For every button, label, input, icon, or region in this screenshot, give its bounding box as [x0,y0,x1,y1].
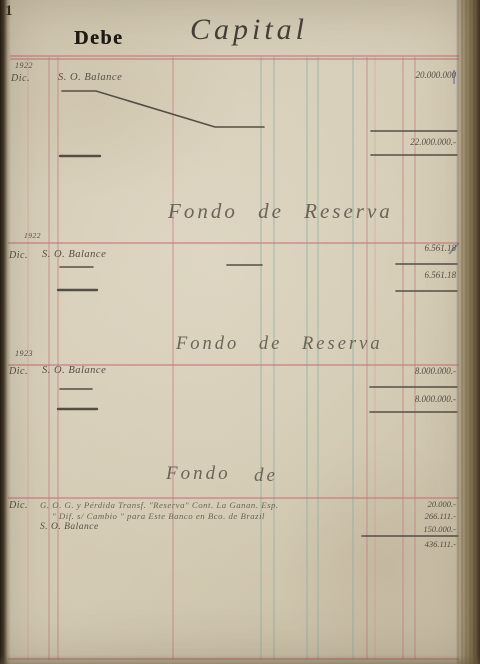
debe-header: Debe [74,27,123,50]
capital-entry: S. O. Balance [58,72,122,83]
reserva1-year: 1922 [24,231,41,240]
reserva1-heading: Fondo de Reserva [168,199,393,224]
vertical-teal-rules [261,57,353,660]
ruled-lines-layer [0,0,480,664]
fondo-amount-3: 150.000.- [402,524,456,534]
ink-strokes-reserva1 [58,264,457,291]
capital-month: Dic. [11,73,30,84]
ledger-page: 1 Debe Capital 1922 Dic. S. O. Balance 2… [0,0,480,664]
fondo-heading-word2: de [254,465,278,487]
reserva2-amount-1: 8.000.000.- [402,366,456,376]
fondo-month: Dic. [9,500,28,511]
vertical-red-rules [28,57,415,660]
reserva2-month: Dic. [9,366,28,377]
fondo-amount-2: 266.111.- [402,511,456,521]
fondo-line-3: S. O. Balance [40,522,99,532]
reserva1-amount-2: 6.561.18 [402,270,456,280]
capital-amount-2: 22.000.000.- [402,137,456,147]
reserva1-entry: S. O. Balance [42,249,106,260]
reserva2-year: 1923 [15,349,33,358]
reserva2-amount-2: 8.000.000.- [402,394,456,404]
book-binding-edge [0,0,11,664]
reserva2-entry: S. O. Balance [42,365,106,376]
fondo-line-2: " Dif. s/ Cambio " para Este Banco en Bc… [52,511,265,521]
page-stack-edge [456,0,480,664]
ink-strokes-reserva2 [58,387,457,412]
capital-year: 1922 [15,61,33,70]
capital-title: Capital [190,13,308,47]
reserva1-amount-1: 6.561.18 [402,243,456,253]
bottom-page-edge [0,655,480,664]
reserva1-month: Dic. [9,250,28,261]
fondo-amount-1: 20.000.- [402,499,456,509]
fondo-heading-word1: Fondo [166,463,231,485]
ink-strokes-capital [60,91,457,156]
horizontal-red-rules [8,56,459,659]
reserva2-heading: Fondo de Reserva [176,334,383,355]
fondo-line-1: G. O. G. y Pérdida Transf. "Reserva" Con… [40,500,279,510]
capital-amount-1: 20.000.000 [402,70,456,80]
fondo-amount-4: 436.111.- [402,539,456,549]
